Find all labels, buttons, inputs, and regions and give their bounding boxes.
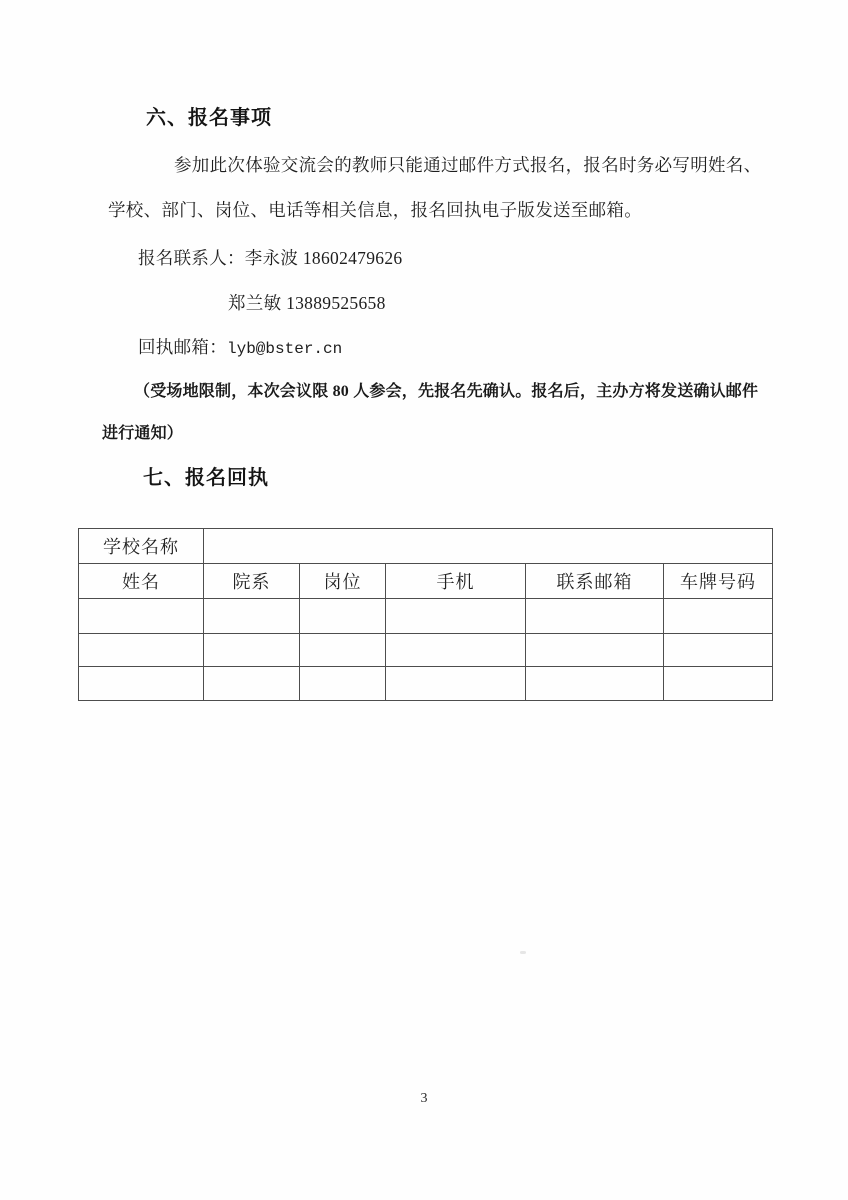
capacity-note-line1: （受场地限制，本次会议限 80 人参会，先报名先确认。报名后，主办方将发送确认邮… (134, 382, 758, 402)
empty-cell (664, 667, 773, 701)
table-header-row: 姓名 院系 岗位 手机 联系邮箱 车牌号码 (79, 564, 773, 599)
school-name-value-cell (204, 529, 773, 564)
header-cell-mobile: 手机 (386, 564, 526, 599)
empty-cell (300, 667, 386, 701)
empty-cell (204, 634, 300, 667)
header-cell-position: 岗位 (300, 564, 386, 599)
empty-cell (386, 667, 526, 701)
empty-cell (79, 634, 204, 667)
table-empty-row (79, 667, 773, 701)
empty-cell (526, 599, 664, 634)
header-cell-email: 联系邮箱 (526, 564, 664, 599)
school-name-label-cell: 学校名称 (79, 529, 204, 564)
header-cell-plate: 车牌号码 (664, 564, 773, 599)
empty-cell (79, 667, 204, 701)
empty-cell (526, 667, 664, 701)
registration-reply-table: 学校名称 姓名 院系 岗位 手机 联系邮箱 车牌号码 (78, 528, 773, 701)
reply-email-label: 回执邮箱： (138, 337, 227, 357)
capacity-note-line2: 进行通知） (102, 424, 183, 444)
empty-cell (386, 599, 526, 634)
page-number: 3 (0, 1091, 848, 1107)
registration-contact-line1: 报名联系人：李永波 18602479626 (138, 248, 402, 270)
header-cell-department: 院系 (204, 564, 300, 599)
document-page: 六、报名事项 参加此次体验交流会的教师只能通过邮件方式报名，报名时务必写明姓名、… (0, 0, 848, 1200)
table-empty-row (79, 599, 773, 634)
empty-cell (664, 634, 773, 667)
empty-cell (204, 599, 300, 634)
section6-heading: 六、报名事项 (146, 106, 272, 131)
empty-cell (386, 634, 526, 667)
section6-paragraph-line1: 参加此次体验交流会的教师只能通过邮件方式报名，报名时务必写明姓名、 (174, 155, 761, 177)
empty-cell (300, 634, 386, 667)
reply-email-address: lyb@bster.cn (227, 340, 342, 358)
registration-contact-line2: 郑兰敏 13889525658 (228, 293, 386, 315)
section7-heading: 七、报名回执 (143, 466, 269, 491)
empty-cell (664, 599, 773, 634)
empty-cell (79, 599, 204, 634)
scan-artifact-speck (520, 951, 526, 954)
table-row-school: 学校名称 (79, 529, 773, 564)
table-empty-row (79, 634, 773, 667)
section6-paragraph-line2: 学校、部门、岗位、电话等相关信息，报名回执电子版发送至邮箱。 (108, 200, 642, 222)
reply-email-line: 回执邮箱：lyb@bster.cn (138, 337, 342, 359)
empty-cell (526, 634, 664, 667)
empty-cell (300, 599, 386, 634)
empty-cell (204, 667, 300, 701)
header-cell-name: 姓名 (79, 564, 204, 599)
